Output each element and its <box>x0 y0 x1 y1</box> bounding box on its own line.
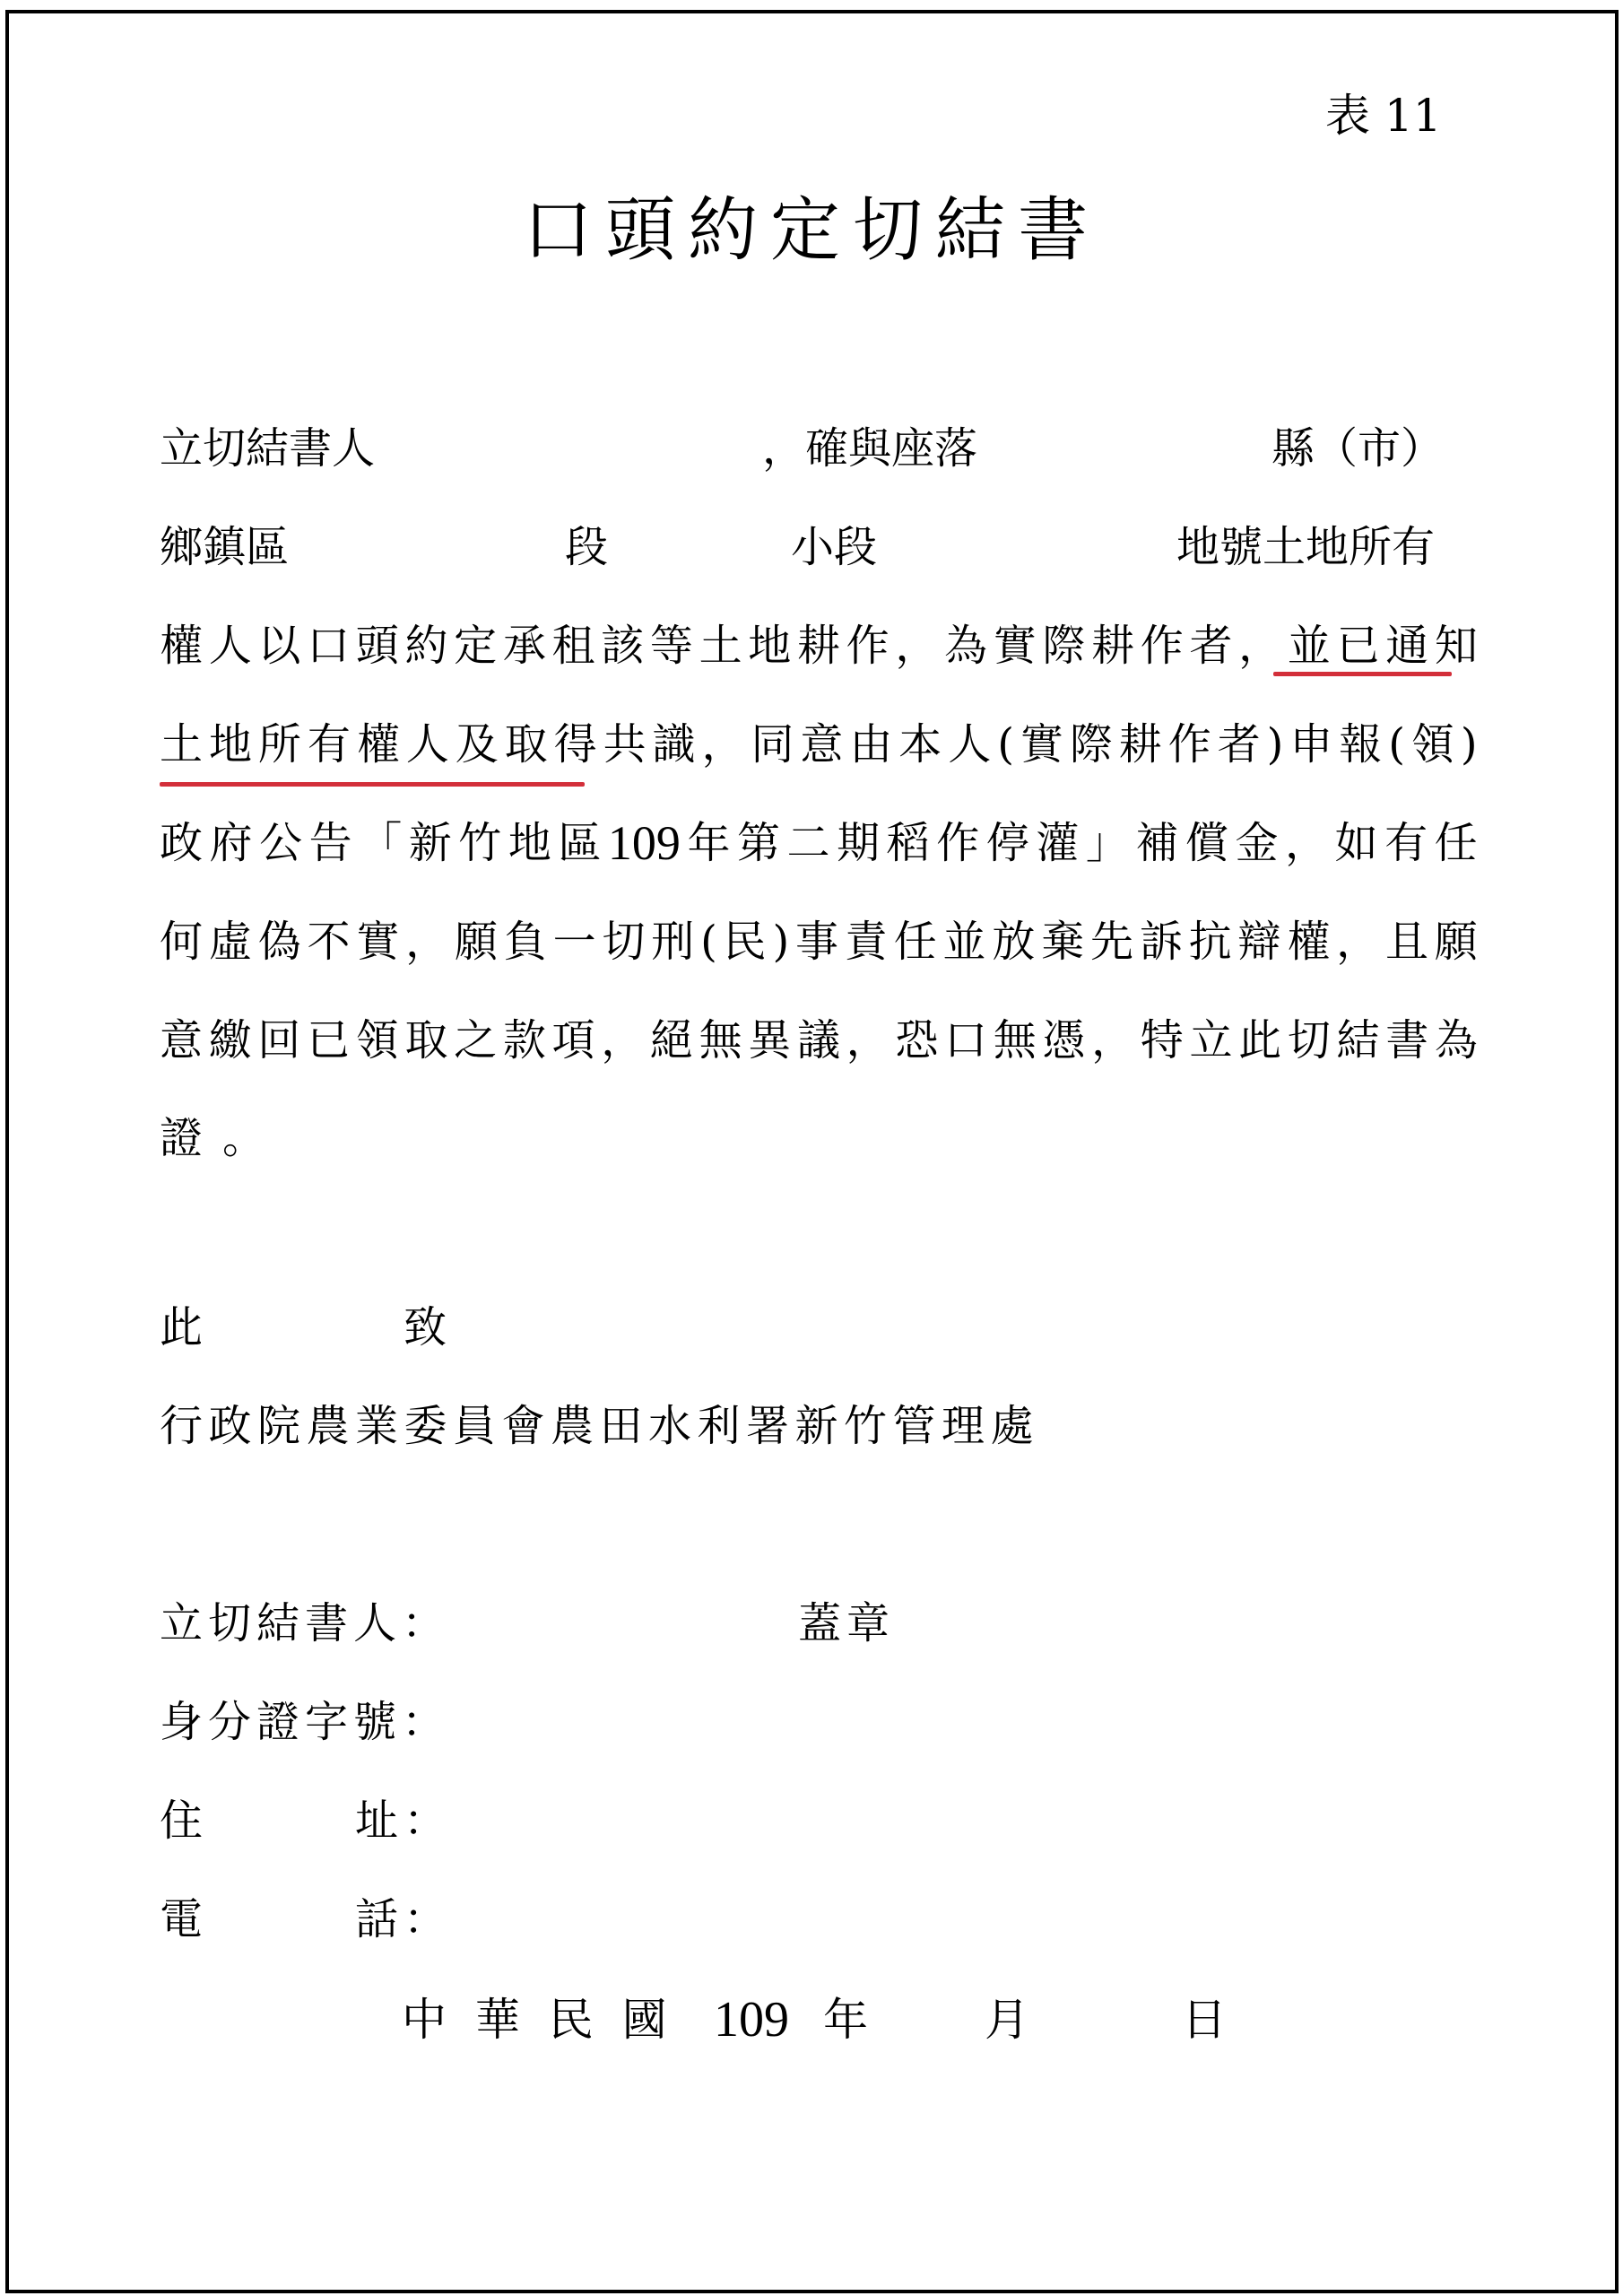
body-char: 意 <box>800 717 843 771</box>
date-year-unit: 年 <box>823 1993 868 2047</box>
body-char: 耕 <box>797 619 840 673</box>
body-char: 申 <box>1289 717 1332 771</box>
body-char: 共 <box>603 717 647 771</box>
body-char: 並 <box>943 915 986 969</box>
body-char: 為 <box>944 619 987 673</box>
body-char: 任 <box>894 915 937 969</box>
underline-notified <box>1273 672 1452 676</box>
body-char: 者 <box>1189 619 1232 673</box>
body-char: 定 <box>454 619 497 673</box>
salutation-part2: 致 <box>404 1300 447 1354</box>
body-char: 知 <box>1435 619 1478 673</box>
body-char: 已 <box>307 1013 350 1067</box>
body-char: 二 <box>787 816 830 870</box>
body-char: 特 <box>1141 1013 1184 1067</box>
form-number: 表 11 <box>1325 93 1442 138</box>
body-char: 通 <box>1385 619 1428 673</box>
body-char: ， <box>846 1013 890 1067</box>
address-line: 住 址： <box>160 1794 1478 1848</box>
body-char: 以 <box>257 619 300 673</box>
body-char: 有 <box>308 717 351 771</box>
date-month-unit: 月 <box>985 1993 1029 2047</box>
body-char: 願 <box>455 915 498 969</box>
body-char: 項 <box>552 1013 595 1067</box>
body-char: ， <box>1091 1013 1134 1067</box>
body-char: 「 <box>359 816 402 870</box>
body-char: 口 <box>307 619 350 673</box>
body-char: 結 <box>1337 1013 1380 1067</box>
subsection-label: 小段 <box>791 520 877 574</box>
body-char: 稻 <box>887 816 930 870</box>
body-line-6: 證。 <box>160 1117 285 1160</box>
body-char: 償 <box>1185 816 1228 870</box>
body-char: 頭 <box>356 619 399 673</box>
body-char: 109 <box>608 816 681 870</box>
body-char: 土 <box>699 619 742 673</box>
body-char: 作 <box>1168 717 1211 771</box>
body-char: 事 <box>795 915 838 969</box>
body-char: 取 <box>505 717 548 771</box>
body-char: 告 <box>309 816 352 870</box>
body-char: 虛 <box>209 915 252 969</box>
document-title: 口頭約定切結書 <box>0 196 1623 265</box>
lot-number-label: 地號土地所有 <box>1176 520 1435 574</box>
salutation-part1: 此 <box>160 1300 203 1354</box>
body-line-4: 何虛偽不實，願負一切刑(民)事責任並放棄先訴抗辯權，且願 <box>160 915 1478 969</box>
body-char: 租 <box>552 619 595 673</box>
body-char: 口 <box>944 1013 987 1067</box>
body-char: 新 <box>409 816 452 870</box>
body-char: 回 <box>257 1013 300 1067</box>
body-char: ， <box>1285 816 1328 870</box>
body-char: 繳 <box>209 1013 252 1067</box>
body-char: 識 <box>653 717 696 771</box>
body-char: 民 <box>724 915 767 969</box>
body-char: 灌 <box>1036 816 1079 870</box>
body-char: 絕 <box>650 1013 693 1067</box>
body-char: 已 <box>1337 619 1380 673</box>
body-char: 土 <box>160 717 203 771</box>
body-char: 立 <box>1189 1013 1232 1067</box>
body-char: 約 <box>404 619 447 673</box>
id-number-line: 身分證字號： <box>160 1695 1478 1749</box>
underline-consensus <box>160 782 585 787</box>
body-char: 訴 <box>1140 915 1183 969</box>
body-char: 實 <box>1020 717 1063 771</box>
body-char: 款 <box>503 1013 546 1067</box>
body-char: 本 <box>898 717 942 771</box>
declarant-signature-label: 立切結書人： <box>160 1596 450 1650</box>
body-char: 公 <box>259 816 302 870</box>
body-char: 人 <box>948 717 991 771</box>
body-char: 府 <box>210 816 253 870</box>
date-year: 109 <box>714 1993 789 2047</box>
body-char: 權 <box>160 619 203 673</box>
body-char: 期 <box>837 816 880 870</box>
body-char: 人 <box>406 717 449 771</box>
body-char: ( <box>1388 717 1405 771</box>
body-char: 議 <box>797 1013 840 1067</box>
body-char: 為 <box>1435 1013 1478 1067</box>
body-line-3: 政府公告「新竹地區109年第二期稻作停灌」補償金，如有任 <box>160 816 1478 870</box>
date-era: 中 華 民 國 <box>402 1993 674 2047</box>
body-line-2: 土地所有權人及取得共識，同意由本人(實際耕作者)申報(領) <box>160 717 1478 771</box>
address-label-part2: 址： <box>355 1794 452 1848</box>
body-char: 何 <box>160 915 203 969</box>
salutation: 此 致 <box>160 1300 1478 1354</box>
body-char: 意 <box>160 1013 203 1067</box>
body-char: 得 <box>554 717 597 771</box>
body-char: ( <box>700 915 717 969</box>
body-char: 書 <box>1385 1013 1428 1067</box>
body-char: 該 <box>601 619 644 673</box>
body-char: 辯 <box>1237 915 1280 969</box>
body-char: 者 <box>1218 717 1261 771</box>
date-day-unit: 日 <box>1182 1993 1227 2047</box>
body-line-1: 權人以口頭約定承租該等土地耕作，為實際耕作者，並已通知 <box>160 619 1478 673</box>
body-char: 抗 <box>1189 915 1232 969</box>
body-char: ) <box>772 915 789 969</box>
body-char: 報 <box>1339 717 1382 771</box>
body-char: 不 <box>307 915 350 969</box>
body-char: 有 <box>1384 816 1428 870</box>
body-char: 且 <box>1385 915 1428 969</box>
body-char: 任 <box>1435 816 1478 870</box>
body-char: ) <box>1267 717 1284 771</box>
body-char: 先 <box>1090 915 1133 969</box>
body-char: 區 <box>558 816 601 870</box>
body-char: 耕 <box>1119 717 1162 771</box>
body-char: 作 <box>936 816 979 870</box>
body-char: 耕 <box>1091 619 1134 673</box>
body-char: 責 <box>845 915 888 969</box>
body-char: 棄 <box>1041 915 1084 969</box>
county-label: 縣（市） <box>1271 422 1444 475</box>
body-line-5: 意繳回已領取之款項，絕無異議，恐口無憑，特立此切結書為 <box>160 1013 1478 1067</box>
body-char: 政 <box>160 816 203 870</box>
address-label-part1: 住 <box>160 1794 203 1848</box>
body-char: ， <box>1336 915 1379 969</box>
body-char: 地 <box>209 717 252 771</box>
body-char: 年 <box>687 816 730 870</box>
body-char: 切 <box>1288 1013 1331 1067</box>
phone-label-part1: 電 <box>160 1892 203 1946</box>
body-char: 補 <box>1135 816 1178 870</box>
body-char: 異 <box>748 1013 791 1067</box>
declarant-location-line: 立切結書人 ，確與座落 縣（市） <box>160 422 1478 475</box>
body-char: ， <box>701 717 744 771</box>
body-char: 實 <box>356 915 399 969</box>
body-char: 人 <box>209 619 252 673</box>
body-char: 領 <box>356 1013 399 1067</box>
body-char: 負 <box>504 915 547 969</box>
body-char: 願 <box>1435 915 1478 969</box>
body-char: 地 <box>748 619 791 673</box>
body-char: 切 <box>602 915 645 969</box>
body-char: ， <box>601 1013 644 1067</box>
body-char: 憑 <box>1042 1013 1085 1067</box>
declarant-signature-line: 立切結書人： 蓋章 <box>160 1596 1478 1650</box>
body-char: 恐 <box>895 1013 938 1067</box>
body-char: 刑 <box>651 915 694 969</box>
body-char: 一 <box>553 915 596 969</box>
body-char: 承 <box>503 619 546 673</box>
body-char: ， <box>895 619 938 673</box>
body-char: 及 <box>456 717 499 771</box>
declarant-label: 立切結書人 <box>160 422 375 475</box>
body-char: 偽 <box>258 915 301 969</box>
body-char: 停 <box>986 816 1029 870</box>
phone-label-part2: 話： <box>355 1892 452 1946</box>
section-label: 段 <box>565 520 608 574</box>
confirm-location-label: ，確與座落 <box>762 422 977 475</box>
land-location-line: 鄉鎮區 段 小段 地號土地所有 <box>160 520 1478 574</box>
body-char: 金 <box>1235 816 1278 870</box>
body-char: 作 <box>1141 619 1184 673</box>
recipient-organization: 行政院農業委員會農田水利署新竹管理處 <box>160 1405 1039 1448</box>
body-char: ， <box>405 915 448 969</box>
body-char: 由 <box>849 717 892 771</box>
body-char: 際 <box>1070 717 1113 771</box>
body-char: ， <box>1238 619 1281 673</box>
township-label: 鄉鎮區 <box>160 520 289 574</box>
body-char: ) <box>1461 717 1478 771</box>
body-char: 等 <box>650 619 693 673</box>
body-char: 第 <box>737 816 780 870</box>
body-char: 權 <box>1287 915 1330 969</box>
body-char: 權 <box>357 717 400 771</box>
body-char: 同 <box>751 717 794 771</box>
body-char: 領 <box>1411 717 1454 771</box>
seal-label: 蓋章 <box>798 1596 895 1650</box>
body-char: 所 <box>258 717 301 771</box>
id-number-label: 身分證字號： <box>160 1695 450 1749</box>
body-char: 此 <box>1238 1013 1281 1067</box>
body-char: 作 <box>846 619 890 673</box>
body-char: 實 <box>994 619 1037 673</box>
date-line: 中 華 民 國 109 年 月 日 <box>160 1993 1478 2047</box>
body-char: 竹 <box>458 816 501 870</box>
body-char: 如 <box>1335 816 1378 870</box>
body-char: 無 <box>994 1013 1037 1067</box>
body-char: 之 <box>454 1013 497 1067</box>
body-char: 取 <box>404 1013 447 1067</box>
body-char: 放 <box>992 915 1035 969</box>
body-char: ( <box>997 717 1014 771</box>
phone-line: 電 話： <box>160 1892 1478 1946</box>
body-char: 並 <box>1288 619 1331 673</box>
body-char: 」 <box>1086 816 1129 870</box>
body-char: 無 <box>699 1013 742 1067</box>
body-char: 際 <box>1042 619 1085 673</box>
body-char: 地 <box>508 816 551 870</box>
